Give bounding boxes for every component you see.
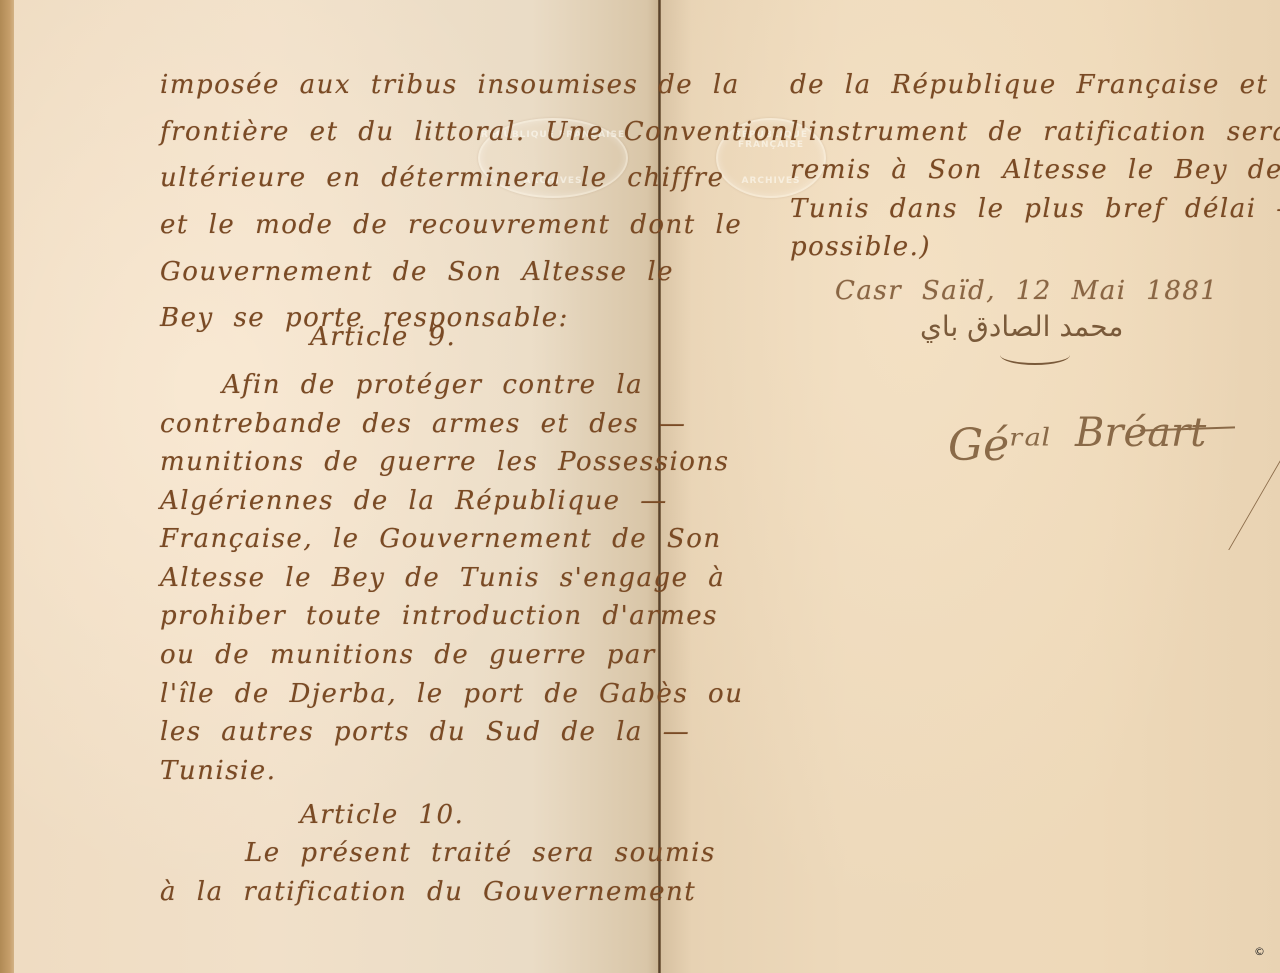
text-line: l'instrument de ratification sera: [790, 117, 1280, 147]
text-line: imposée aux tribus insoumises de la: [160, 70, 740, 100]
text-line: frontière et du littoral. Une Convention: [160, 117, 789, 147]
text-line: possible.): [790, 232, 931, 262]
article-10-heading: Article 10.: [300, 800, 464, 830]
text-line: Tunis dans le plus bref délai —: [790, 194, 1280, 224]
text-line: prohiber toute introduction d'armes: [160, 601, 718, 631]
text-line: Afin de protéger contre la: [222, 370, 643, 400]
article-9-heading: Article 9.: [310, 322, 456, 352]
text-line: ultérieure en déterminera le chiffre: [160, 163, 725, 193]
text-line: Algériennes de la République —: [160, 486, 668, 516]
text-line: Tunisie.: [160, 756, 276, 786]
text-line: Le présent traité sera soumis: [245, 838, 716, 868]
signature-flourish: [1000, 345, 1070, 365]
text-line: de la République Française et —: [790, 70, 1280, 100]
text-line: Altesse le Bey de Tunis s'engage à: [160, 563, 725, 593]
text-line: remis à Son Altesse le Bey de: [790, 155, 1280, 185]
breart-signature: Bréart: [1075, 410, 1206, 456]
text-line: l'île de Djerba, le port de Gabès ou: [160, 679, 743, 709]
arabic-signature: محمد الصادق باي: [920, 310, 1123, 343]
copyright-icon: ©: [1254, 945, 1265, 958]
text-line: contrebande des armes et des —: [160, 409, 686, 439]
text-line: les autres ports du Sud de la —: [160, 717, 690, 747]
text-line: et le mode de recouvrement dont le: [160, 210, 742, 240]
signature-title: Géʳᵃˡ: [948, 420, 1052, 471]
text-line: Française, le Gouvernement de Son: [160, 524, 722, 554]
text-line: munitions de guerre les Possessions: [160, 447, 730, 477]
text-line: ou de munitions de guerre par: [160, 640, 656, 670]
document-spread: REPUBLIQUE FRANÇAISE ARCHIVES REPUBLIQUE…: [0, 0, 1280, 973]
place-date: Casr Saïd, 12 Mai 1881: [835, 276, 1218, 306]
text-line: Gouvernement de Son Altesse le: [160, 257, 674, 287]
text-line: à la ratification du Gouvernement: [160, 877, 696, 907]
